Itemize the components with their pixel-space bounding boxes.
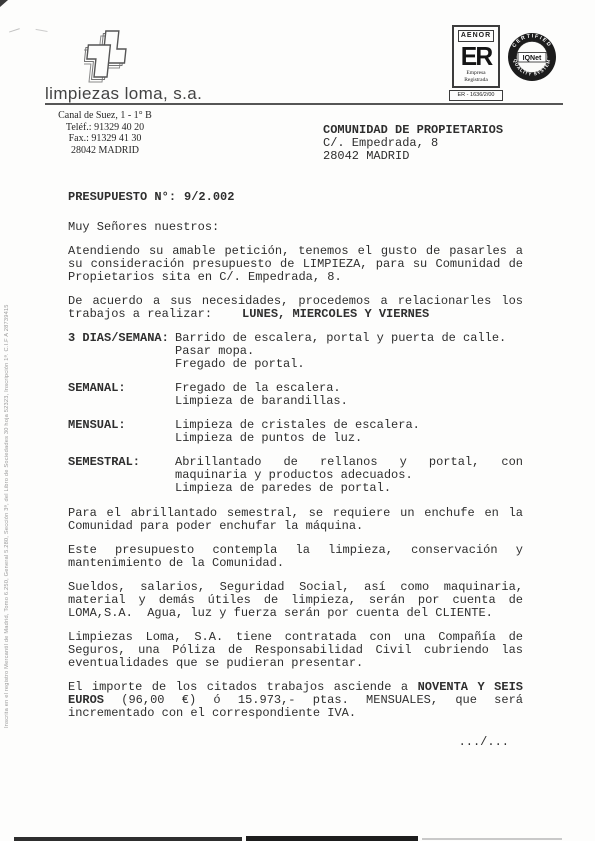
schedule-task-list: Fregado de la escalera. Limpieza de bara… <box>175 382 523 408</box>
aenor-subtitle-line: Registrada <box>464 77 488 84</box>
quote-number: 9/2.002 <box>184 190 234 204</box>
schedule-task: Limpieza de paredes de portal. <box>175 482 523 495</box>
schedule-task: Limpieza de puntos de luz. <box>175 432 523 445</box>
recipient-city: 28042 MADRID <box>323 150 503 163</box>
aenor-certification-badge: AENOR ER Empresa Registrada <box>452 25 500 88</box>
recipient-address-block: COMUNIDAD DE PROPIETARIOS C/. Empedrada,… <box>323 124 503 163</box>
body-paragraph: Sueldos, salarios, Seguridad Social, así… <box>68 581 523 620</box>
aenor-subtitle-line: Empresa <box>464 70 488 77</box>
intro-paragraph: Atendiendo su amable petición, tenemos e… <box>68 245 523 284</box>
schedule-task-list: Abrillantado de rellanos y portal, con m… <box>175 456 523 495</box>
quote-reference-label: PRESUPUESTO N°: <box>68 190 176 204</box>
aenor-registration-code: ER - 1636/2/00 <box>449 90 503 101</box>
scanned-letter-page: limpiezas loma, s.a. Canal de Suez, 1 - … <box>0 0 595 841</box>
pencil-mark <box>7 22 20 32</box>
works-intro-paragraph: De acuerdo a sus necesidades, procedemos… <box>68 295 523 321</box>
scan-edge-artifact <box>246 836 418 841</box>
quote-reference-line: PRESUPUESTO N°:9/2.002 <box>68 191 523 204</box>
letterhead-rule <box>45 103 563 105</box>
schedule-frequency-label: MENSUAL: <box>68 419 175 445</box>
company-phone: Teléf.: 91329 40 20 <box>45 122 165 134</box>
amount-text-post: (96,00 €) ó 15.973,- ptas. MENSUALES, qu… <box>68 693 523 720</box>
service-days: LUNES, MIERCOLES Y VIERNES <box>242 307 429 321</box>
scan-corner-artifact <box>0 0 8 7</box>
schedule-task-list: Barrido de escalera, portal y puerta de … <box>175 332 523 371</box>
continuation-mark: .../... <box>68 736 523 749</box>
schedule-row: SEMESTRAL: Abrillantado de rellanos y po… <box>68 456 523 495</box>
company-city: 28042 MADRID <box>45 145 165 157</box>
iqnet-certification-seal-icon: CERTIFIED QUALITY SYSTEM IQNet <box>507 32 557 87</box>
amount-paragraph: El importe de los citados trabajos ascie… <box>68 681 523 720</box>
svg-text:IQNet: IQNet <box>523 55 542 62</box>
schedule-row: SEMANAL: Fregado de la escalera. Limpiez… <box>68 382 523 408</box>
amount-text-pre: El importe de los citados trabajos ascie… <box>68 680 418 694</box>
registry-inscription-note: Inscrita en el registro Mercantil de Mad… <box>4 304 10 728</box>
schedule-task: Fregado de portal. <box>175 358 523 371</box>
body-paragraph: Este presupuesto contempla la limpieza, … <box>68 544 523 570</box>
company-fax: Fax.: 91329 41 30 <box>45 133 165 145</box>
schedule-row: 3 DIAS/SEMANA: Barrido de escalera, port… <box>68 332 523 371</box>
pencil-mark <box>36 24 49 32</box>
aenor-subtitle: Empresa Registrada <box>464 70 488 84</box>
salutation: Muy Señores nuestros: <box>68 221 523 234</box>
schedule-task: Abrillantado de rellanos y portal, con m… <box>175 456 523 482</box>
body-paragraph: Limpiezas Loma, S.A. tiene contratada co… <box>68 631 523 670</box>
work-schedule: 3 DIAS/SEMANA: Barrido de escalera, port… <box>68 332 523 495</box>
schedule-task-list: Limpieza de cristales de escalera. Limpi… <box>175 419 523 445</box>
scan-edge-artifact <box>422 838 562 840</box>
company-logo-icon <box>84 20 138 93</box>
aenor-er-monogram-icon: ER <box>461 43 492 69</box>
letter-body: PRESUPUESTO N°:9/2.002 Muy Señores nuest… <box>68 191 523 749</box>
schedule-frequency-label: SEMANAL: <box>68 382 175 408</box>
company-name: limpiezas loma, s.a. <box>45 84 345 104</box>
schedule-frequency-label: 3 DIAS/SEMANA: <box>68 332 175 371</box>
company-address-line: Canal de Suez, 1 - 1° B <box>45 110 165 122</box>
body-paragraph: Para el abrillantado semestral, se requi… <box>68 507 523 533</box>
scan-edge-artifact <box>14 837 242 841</box>
schedule-row: MENSUAL: Limpieza de cristales de escale… <box>68 419 523 445</box>
schedule-task: Limpieza de barandillas. <box>175 395 523 408</box>
schedule-frequency-label: SEMESTRAL: <box>68 456 175 495</box>
company-address-block: Canal de Suez, 1 - 1° B Teléf.: 91329 40… <box>45 110 165 156</box>
